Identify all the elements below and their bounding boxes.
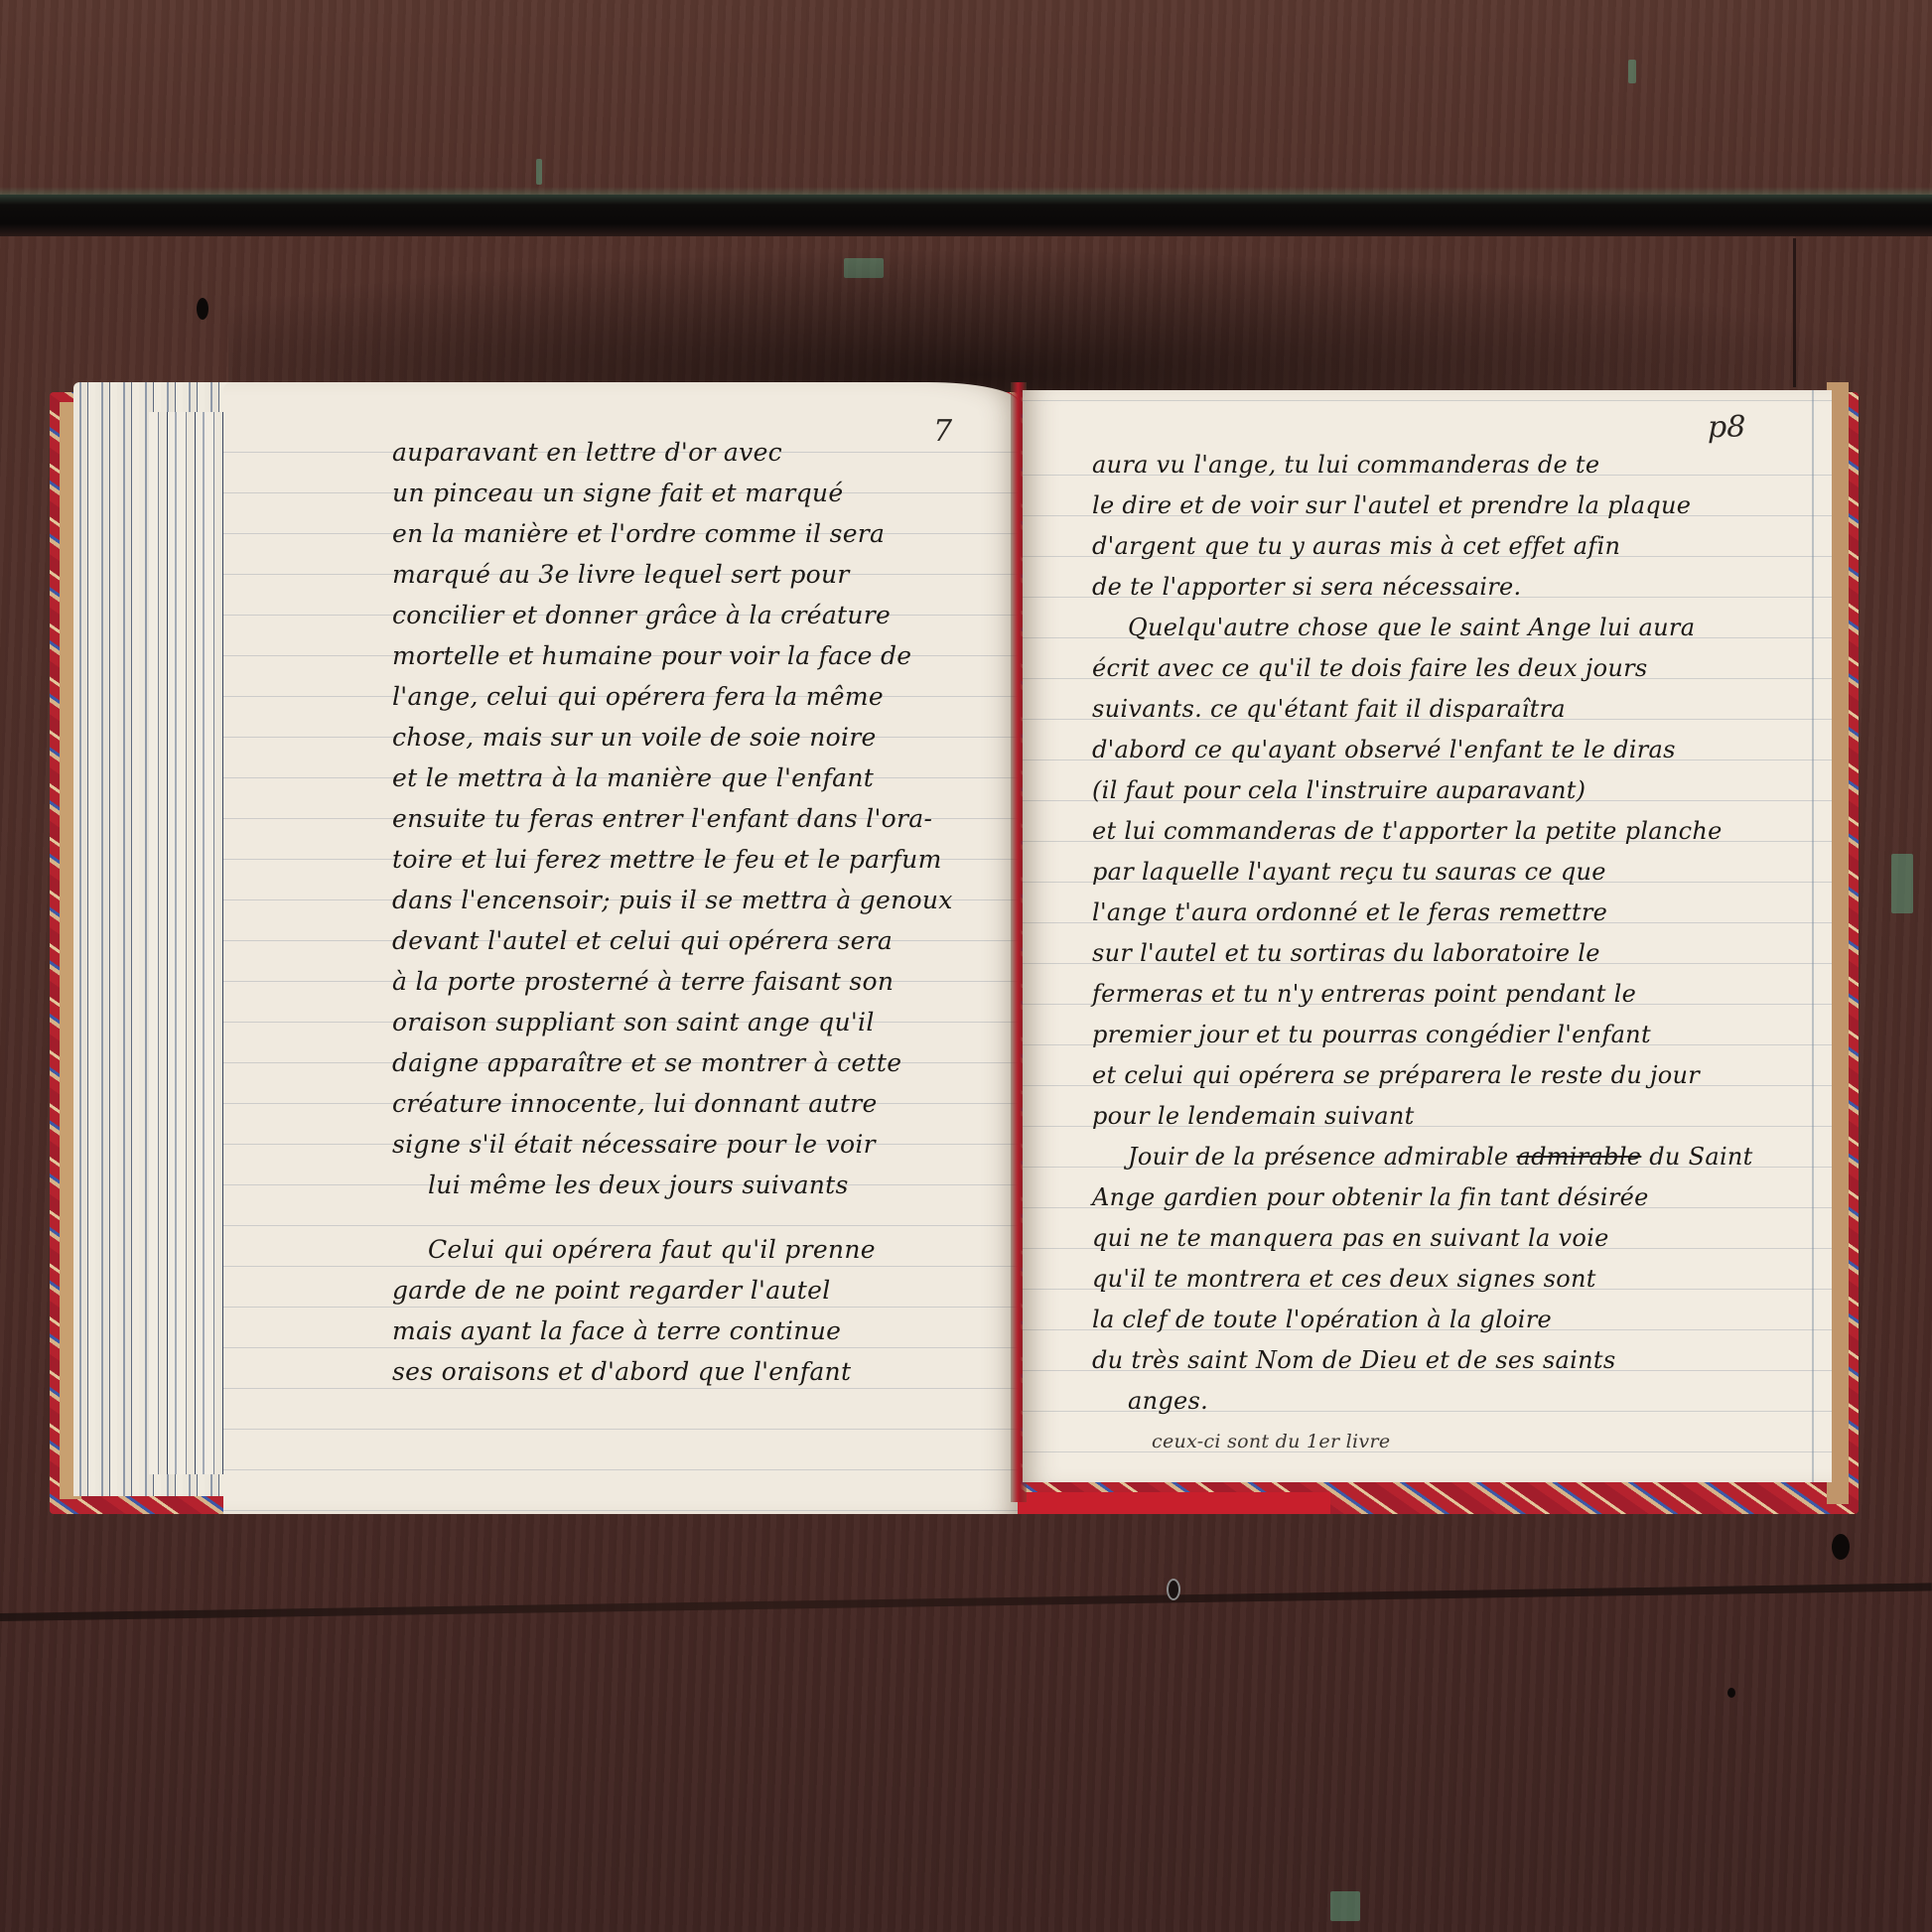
text-line: pour le lendemain suivant: [1092, 1096, 1753, 1137]
green-paint-fleck: [1330, 1891, 1360, 1921]
text-line: dans l'encensoir; puis il se mettra à ge…: [392, 880, 953, 920]
nail-hole: [1167, 1579, 1180, 1600]
text-segment: du Saint: [1649, 1143, 1752, 1171]
text-line: marqué au 3e livre lequel sert pour: [392, 554, 953, 595]
text-line: à la porte prosterné à terre faisant son: [392, 961, 953, 1002]
green-paint-fleck: [536, 159, 542, 185]
text-line: sur l'autel et tu sortiras du laboratoir…: [1092, 933, 1753, 974]
text-line: premier jour et tu pourras congédier l'e…: [1092, 1015, 1753, 1055]
text-line: fermeras et tu n'y entreras point pendan…: [1092, 974, 1753, 1015]
text-line: oraison suppliant son saint ange qu'il: [392, 1002, 953, 1042]
nail-hole: [197, 298, 208, 320]
text-line: suivants. ce qu'étant fait il disparaîtr…: [1092, 689, 1753, 730]
text-line: par laquelle l'ayant reçu tu sauras ce q…: [1092, 852, 1753, 893]
text-line: et celui qui opérera se préparera le res…: [1092, 1055, 1753, 1096]
struck-out-word: admirable: [1516, 1143, 1641, 1171]
text-line: daigne apparaître et se montrer à cette: [392, 1042, 953, 1083]
text-line: en la manière et l'ordre comme il sera: [392, 513, 953, 554]
text-line: d'abord ce qu'ayant observé l'enfant te …: [1092, 730, 1753, 770]
text-line: garde de ne point regarder l'autel: [392, 1270, 953, 1311]
text-line: l'ange, celui qui opérera fera la même: [392, 676, 953, 717]
text-line: devant l'autel et celui qui opérera sera: [392, 920, 953, 961]
green-paint-fleck: [1891, 854, 1913, 913]
right-page-text: aura vu l'ange, tu lui commanderas de te…: [1092, 445, 1753, 1462]
text-line: concilier et donner grâce à la créature: [392, 595, 953, 635]
text-line: toire et lui ferez mettre le feu et le p…: [392, 839, 953, 880]
text-line: mortelle et humaine pour voir la face de: [392, 635, 953, 676]
text-line: écrit avec ce qu'il te dois faire les de…: [1092, 648, 1753, 689]
open-notebook: 7 auparavant en lettre d'or avec un pinc…: [50, 382, 1859, 1524]
text-line: qui ne te manquera pas en suivant la voi…: [1092, 1218, 1753, 1259]
text-line: ses oraisons et d'abord que l'enfant: [392, 1351, 953, 1392]
text-line: et lui commanderas de t'apporter la peti…: [1092, 811, 1753, 852]
text-line: de te l'apporter si sera nécessaire.: [1092, 567, 1753, 608]
text-line: mais ayant la face à terre continue: [392, 1311, 953, 1351]
plank-gap: [0, 195, 1932, 236]
text-segment: Jouir de la présence admirable: [1128, 1143, 1509, 1171]
page-number-right: p8: [1708, 410, 1745, 445]
paragraph-start-line: Celui qui opérera faut qu'il prenne: [392, 1229, 953, 1270]
text-line: lui même les deux jours suivants: [392, 1165, 953, 1205]
text-line: anges.: [1092, 1381, 1753, 1422]
right-page: p8 aura vu l'ange, tu lui commanderas de…: [1023, 390, 1832, 1482]
text-line: la clef de toute l'opération à la gloire: [1092, 1300, 1753, 1340]
text-line: qu'il te montrera et ces deux signes son…: [1092, 1259, 1753, 1300]
text-line: l'ange t'aura ordonné et le feras remett…: [1092, 893, 1753, 933]
green-paint-fleck: [1628, 60, 1636, 83]
red-spine-edge: [973, 1492, 1330, 1514]
left-page: 7 auparavant en lettre d'or avec un pinc…: [223, 382, 1018, 1514]
text-line: ensuite tu feras entrer l'enfant dans l'…: [392, 798, 953, 839]
text-line: aura vu l'ange, tu lui commanderas de te: [1092, 445, 1753, 485]
nail-hole: [1727, 1688, 1735, 1698]
text-line: Ange gardien pour obtenir la fin tant dé…: [1092, 1177, 1753, 1218]
text-line: auparavant en lettre d'or avec: [392, 432, 953, 473]
text-line: signe s'il était nécessaire pour le voir: [392, 1124, 953, 1165]
text-line: un pinceau un signe fait et marqué: [392, 473, 953, 513]
text-line: le dire et de voir sur l'autel et prendr…: [1092, 485, 1753, 526]
nail-hole: [1832, 1534, 1850, 1560]
text-line: (il faut pour cela l'instruire auparavan…: [1092, 770, 1753, 811]
left-page-text: auparavant en lettre d'or avec un pincea…: [392, 432, 953, 1392]
text-line: chose, mais sur un voile de soie noire: [392, 717, 953, 758]
paragraph-start-line: Quelqu'autre chose que le saint Ange lui…: [1092, 608, 1753, 648]
paragraph-start-line: Jouir de la présence admirable admirable…: [1092, 1137, 1753, 1177]
text-line: du très saint Nom de Dieu et de ses sain…: [1092, 1340, 1753, 1381]
margin-rule: [1812, 390, 1814, 1482]
footnote-line: ceux-ci sont du 1er livre: [1092, 1422, 1753, 1462]
text-line: créature innocente, lui donnant autre: [392, 1083, 953, 1124]
text-line: d'argent que tu y auras mis à cet effet …: [1092, 526, 1753, 567]
text-line: et le mettra à la manière que l'enfant: [392, 758, 953, 798]
